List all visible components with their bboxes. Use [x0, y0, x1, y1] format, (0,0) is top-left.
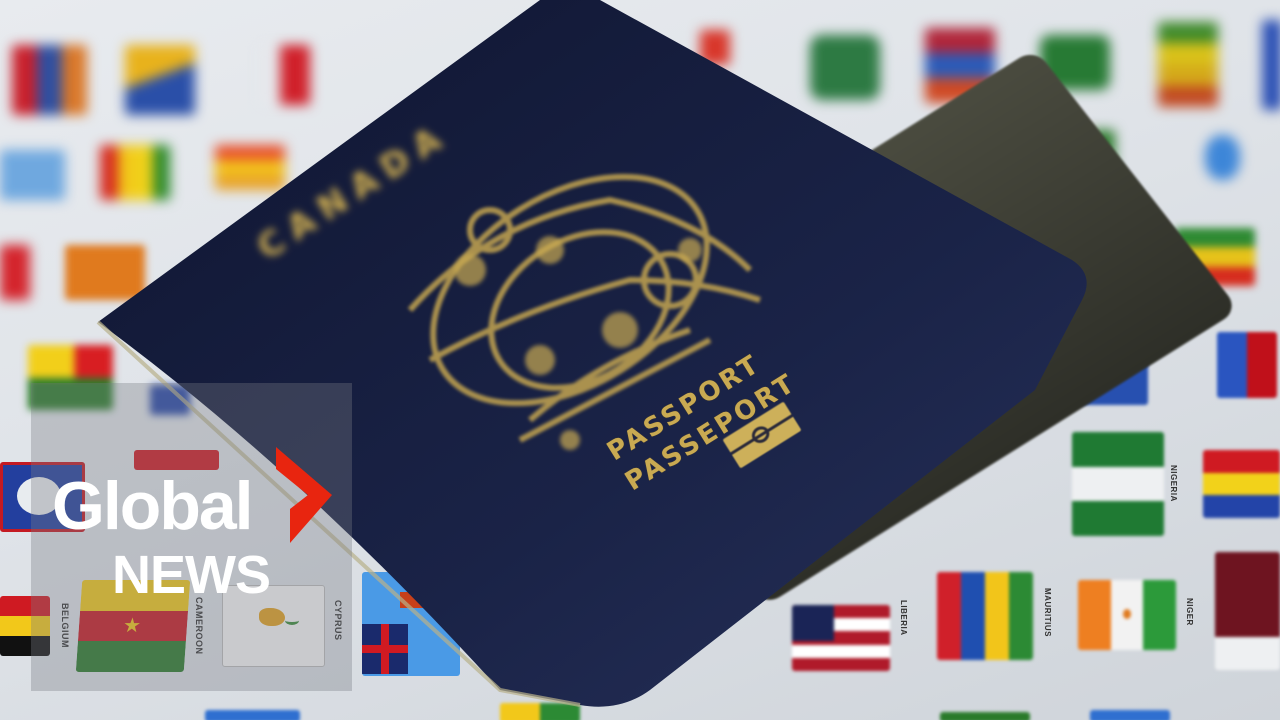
- logo-news-text: NEWS: [112, 548, 270, 602]
- flag-label-liberia: LIBERIA: [899, 600, 908, 636]
- e-passport-chip-icon: [722, 402, 801, 469]
- flag-tile: [1078, 580, 1176, 650]
- passport-title-en: PASSPORT: [602, 349, 766, 467]
- flag-tile: [1060, 325, 1148, 405]
- photo-scene: NIGERIA MAURITIUS NIGER LIBERIA BELGIUM …: [0, 0, 1280, 720]
- coat-of-arms-icon: [370, 160, 780, 460]
- logo-global-text: Global: [52, 472, 252, 540]
- flag-tile: [1055, 232, 1130, 282]
- flag-tile: [100, 145, 170, 200]
- flag-tile: [1175, 228, 1255, 286]
- flag-tile: [1262, 20, 1280, 110]
- flag-tile: [500, 703, 580, 720]
- flag-tile: [1090, 710, 1170, 720]
- flag-tile: [1050, 130, 1115, 190]
- flag-tile: [1215, 552, 1280, 670]
- flag-tile: [0, 245, 30, 300]
- flag-tile: [925, 28, 995, 103]
- flag-tile: [260, 45, 310, 105]
- flag-tile: [1040, 35, 1110, 90]
- flag-tile: [0, 150, 65, 200]
- flag-tile: [1203, 450, 1280, 518]
- flag-tile: [215, 145, 285, 190]
- flag-tile: [937, 572, 1033, 660]
- flag-label-nigeria: NIGERIA: [1169, 465, 1178, 502]
- flag-tile: [205, 710, 300, 720]
- flag-tile: [12, 45, 87, 115]
- flag-tile: [940, 712, 1030, 720]
- flag-tile: [810, 35, 880, 100]
- flag-tile: [792, 605, 890, 671]
- flag-tile: [1205, 135, 1240, 180]
- flag-label-niger: NIGER: [1185, 598, 1194, 626]
- flag-tile: [1217, 332, 1277, 398]
- passport-title-fr: PASSEPORT: [620, 368, 802, 497]
- flag-tile: [925, 140, 960, 180]
- flag-tile: [65, 245, 145, 300]
- flag-label-mauritius: MAURITIUS: [1043, 588, 1052, 637]
- flag-tile: [1158, 22, 1218, 107]
- flag-tile: [700, 30, 730, 65]
- flag-tile: [1072, 432, 1164, 536]
- flag-tile: [362, 572, 460, 676]
- country-name-text: CANADA: [250, 114, 457, 268]
- flag-tile: [125, 45, 195, 115]
- global-chevron-icon: [272, 447, 332, 543]
